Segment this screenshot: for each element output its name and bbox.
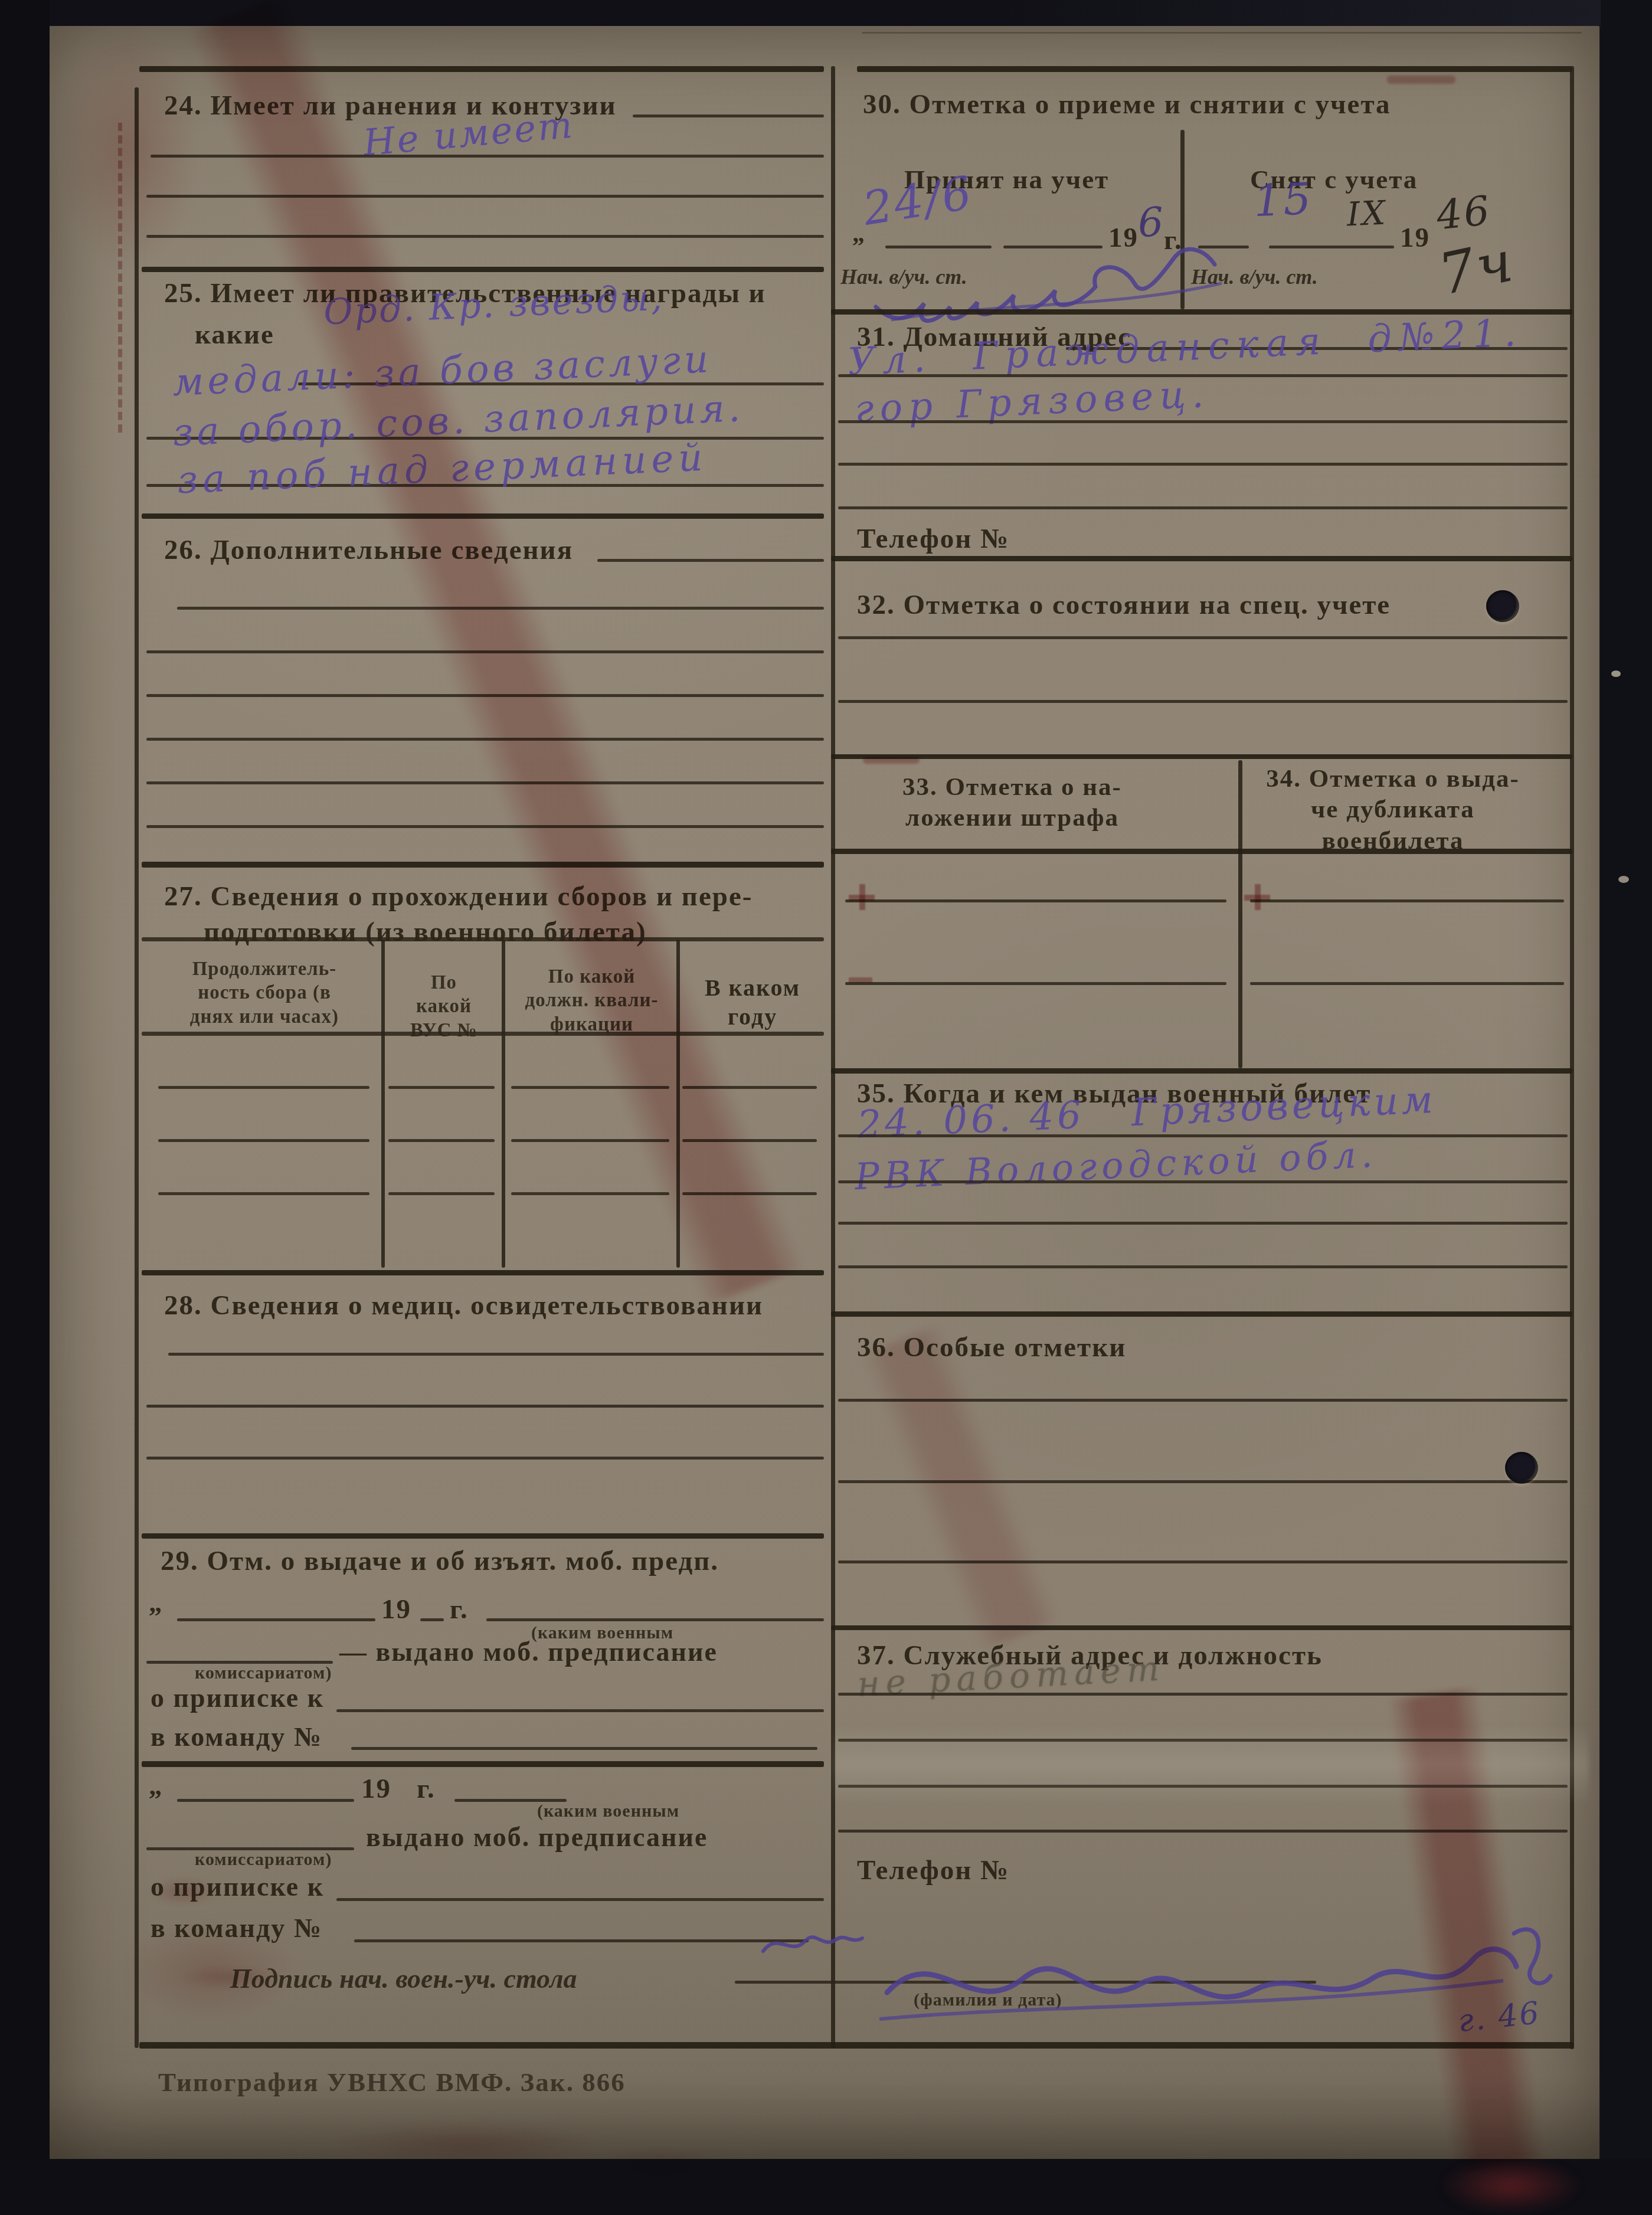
quote-mark: „	[149, 1771, 163, 1801]
section-divider	[831, 1311, 1572, 1317]
signature-ink-main	[747, 1910, 1555, 2052]
cell-line	[1250, 982, 1564, 985]
ruled-line	[838, 1693, 1568, 1696]
field-34-title: 34. Отметка о выда-че дубликата военбиле…	[1257, 764, 1529, 856]
caption-kakim: (каким военным	[537, 1801, 679, 1821]
table-grid-line	[502, 940, 505, 1268]
section-divider	[831, 1625, 1572, 1630]
vydano-label: — выдано моб. предписание	[339, 1636, 718, 1667]
table-cell-line	[388, 1192, 495, 1195]
section-divider	[142, 267, 824, 272]
ruled-line	[838, 1399, 1568, 1402]
year-19: 19	[1400, 222, 1430, 254]
year-19: 19	[361, 1773, 391, 1805]
table-header-top-line	[142, 937, 824, 941]
hole-punch	[1505, 1452, 1538, 1484]
table-cell-line	[158, 1192, 369, 1195]
ruled-line	[146, 738, 824, 741]
phone-label: Телефон №	[857, 1854, 1009, 1886]
section-divider	[831, 556, 1572, 561]
field-32-title: 32. Отметка о состоянии на спец. учете	[857, 589, 1391, 621]
sub-divider	[1238, 760, 1242, 1068]
handwritten-removed-year: 46	[1434, 187, 1493, 239]
handwritten-removed-day: 15	[1252, 174, 1314, 227]
pripiska-label: о приписке к	[151, 1682, 324, 1713]
red-crayon-below-paper	[1440, 2158, 1582, 2214]
hole-punch	[1486, 590, 1519, 622]
ruled-line	[838, 636, 1568, 639]
ruled-line	[146, 825, 824, 828]
clerk-label-right: Нач. в/уч. ст.	[1191, 264, 1318, 289]
section-divider	[142, 862, 824, 868]
cell-line	[845, 899, 1226, 902]
fill-line	[1198, 246, 1249, 248]
table-header-bottom-line	[142, 1032, 824, 1036]
ruled-line	[146, 650, 824, 653]
table-grid-line	[676, 940, 680, 1268]
field-25-label: какие	[195, 319, 274, 351]
table-cell-line	[158, 1086, 369, 1089]
photo-background-bottom	[0, 2159, 1652, 2215]
ruled-line	[146, 1405, 824, 1408]
cell-line	[845, 982, 1226, 985]
field-36-title: 36. Особые отметки	[857, 1331, 1126, 1363]
scan-light-streak	[833, 1723, 1589, 1806]
fill-line	[633, 114, 824, 117]
table-cell-line	[388, 1139, 495, 1142]
phone-label: Телефон №	[857, 523, 1009, 555]
field-26-title: 26. Дополнительные сведения	[164, 534, 573, 566]
fill-line	[177, 1618, 375, 1621]
ruled-line	[838, 1134, 1568, 1137]
field-27-title-line1: 27. Сведения о прохождении сборов и пере…	[164, 881, 753, 912]
ruled-line	[838, 700, 1568, 703]
ruled-line	[146, 694, 824, 697]
fill-line	[597, 559, 824, 562]
table-cell-line	[388, 1086, 495, 1089]
fill-line	[354, 1939, 809, 1942]
ruled-line	[146, 1457, 824, 1460]
table-col-qualification: По какой должн. квали-фикации	[519, 965, 664, 1036]
table-cell-line	[682, 1192, 817, 1195]
field-27-title-line2: подготовки (из военного билета)	[204, 916, 647, 948]
fill-line	[336, 1709, 824, 1712]
table-cell-line	[511, 1086, 669, 1089]
fill-line	[336, 1898, 824, 1901]
table-cell-line	[682, 1086, 817, 1089]
pripiska-label: о приписке к	[151, 1871, 324, 1902]
field-33-title: 33. Отметка о на-ложении штрафа	[885, 772, 1139, 834]
header-divider	[831, 849, 1572, 854]
signature-row-label: Подпись нач. воен.-уч. стола	[230, 1963, 577, 1994]
border-top-right	[857, 66, 1572, 72]
table-cell-line	[158, 1139, 369, 1142]
paper-speck	[1618, 876, 1629, 883]
scanned-military-registration-card: 24. Имеет ли ранения и контузии Не имеет…	[0, 0, 1652, 2215]
fill-line	[351, 1747, 817, 1750]
ruled-line	[838, 420, 1568, 423]
border-top-left	[139, 66, 824, 72]
komanda-label: в команду №	[151, 1721, 322, 1752]
field-29-title: 29. Отм. о выдаче и об изъят. моб. предп…	[161, 1545, 719, 1577]
year-19: 19	[381, 1594, 411, 1625]
quote-mark: „	[149, 1588, 163, 1618]
ruled-line	[838, 1830, 1568, 1833]
table-grid-line	[381, 940, 385, 1268]
field-30-title: 30. Отметка о приеме и снятии с учета	[863, 89, 1391, 120]
fill-line	[1269, 246, 1394, 248]
section-divider	[142, 1533, 824, 1539]
section-divider	[831, 754, 1572, 759]
photo-background-top	[0, 0, 1652, 26]
section-divider	[831, 1068, 1572, 1074]
ruled-line	[838, 1480, 1568, 1483]
handwritten-removed-month: IX	[1346, 194, 1388, 234]
fill-line	[177, 1799, 354, 1802]
border-left	[135, 87, 139, 2048]
paper-crease-line	[862, 32, 1582, 34]
caption-komissariatom: комиссариатом)	[195, 1663, 332, 1683]
ruled-line	[146, 235, 824, 238]
table-col-duration: Продолжитель-ность сбора (в днях или час…	[184, 957, 345, 1029]
section-divider	[142, 513, 824, 519]
photo-background-left	[0, 0, 50, 2215]
paper-speck	[1611, 670, 1621, 677]
ruled-line	[146, 781, 824, 784]
ruled-line	[146, 195, 824, 198]
fill-line	[420, 1618, 444, 1621]
ruled-line	[838, 506, 1568, 509]
ruled-line	[838, 463, 1568, 466]
table-cell-line	[511, 1192, 669, 1195]
quote-mark: „	[852, 220, 866, 248]
ruled-line	[838, 1222, 1568, 1225]
fill-line	[486, 1618, 824, 1621]
table-col-year: В каком году	[699, 974, 806, 1032]
cell-line	[1250, 899, 1564, 902]
year-g: г.	[417, 1773, 436, 1805]
field-28-title: 28. Сведения о медиц. освидетельствовани…	[164, 1290, 763, 1321]
komanda-label: в команду №	[151, 1912, 322, 1944]
table-cell-line	[682, 1139, 817, 1142]
subsection-divider	[142, 1761, 824, 1767]
table-cell-line	[511, 1139, 669, 1142]
ruled-line	[838, 1180, 1568, 1183]
vydano-label: выдано моб. предписание	[366, 1821, 708, 1853]
ruled-line	[177, 607, 824, 610]
ruled-line	[168, 1353, 824, 1356]
ruled-line	[838, 1560, 1568, 1563]
ruled-line	[151, 155, 824, 158]
caption-komissariatom: комиссариатом)	[195, 1850, 332, 1870]
ruled-line	[838, 1265, 1568, 1268]
photo-background-right	[1601, 0, 1652, 2215]
section-divider	[142, 1270, 824, 1275]
printing-house-imprint: Типография УВНХС ВМФ. Зак. 866	[158, 2067, 626, 2098]
year-g: г.	[450, 1594, 469, 1625]
